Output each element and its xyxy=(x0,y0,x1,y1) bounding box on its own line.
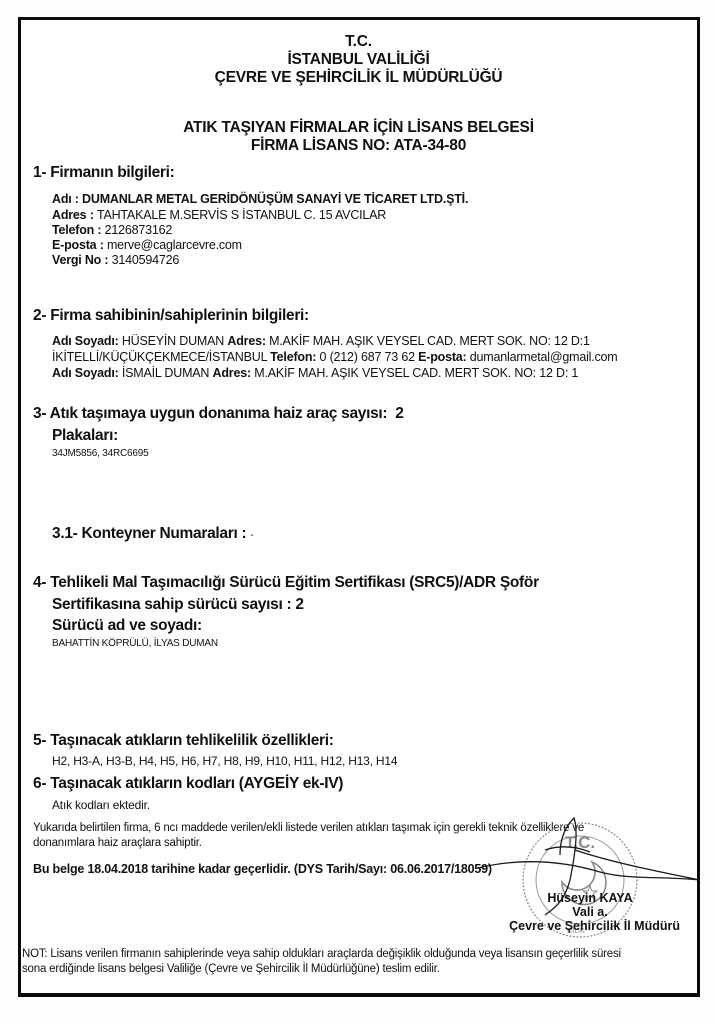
driver-count: Sertifikasına sahip sürücü sayısı : 2 xyxy=(52,596,304,614)
company-field-value: 2126873162 xyxy=(105,223,173,237)
section6-heading: 6- Taşınacak atıkların kodları (AYGEİY e… xyxy=(33,775,343,793)
company-field-row: E-posta : merve@caglarcevre.com xyxy=(52,238,242,252)
header-tc: T.C. xyxy=(0,33,717,51)
drivers-label: Sürücü ad ve soyadı: xyxy=(52,617,202,635)
note-line2: sona erdiğinde lisans belgesi Valiliğe (… xyxy=(22,963,440,975)
signatory-name: Hüseyin KAYA xyxy=(480,891,700,905)
owner2-name: İSMAİL DUMAN xyxy=(119,366,213,380)
note-line1: NOT: Lisans verilen firmanın sahiplerind… xyxy=(22,948,621,960)
drivers-value: BAHATTİN KÖPRÜLÜ, İLYAS DUMAN xyxy=(52,638,218,649)
owner1-address-label: Adres: xyxy=(227,334,265,348)
container-numbers-heading: 3.1- Konteyner Numaraları : xyxy=(52,525,246,542)
owner2-address-label: Adres: xyxy=(213,366,251,380)
signatory-office: Çevre ve Şehircilik İl Müdürü xyxy=(440,919,680,933)
header-directorate: ÇEVRE VE ŞEHİRCİLİK İL MÜDÜRLÜĞÜ xyxy=(0,69,717,87)
owner1-address: M.AKİF MAH. AŞIK VEYSEL CAD. MERT SOK. N… xyxy=(266,334,590,348)
company-field-label: Adres : xyxy=(52,208,97,222)
company-field-value: merve@caglarcevre.com xyxy=(107,238,242,252)
company-field-label: Vergi No : xyxy=(52,253,112,267)
section3-heading: 3- Atık taşımaya uygun donanıma haiz ara… xyxy=(33,405,387,422)
waste-codes-note: Atık kodları ektedir. xyxy=(52,798,150,812)
owner1-line2: İKİTELLİ/KÜÇÜKÇEKMECE/İSTANBUL Telefon: … xyxy=(52,350,618,364)
owner1-phone: 0 (212) 687 73 62 xyxy=(316,350,418,364)
section4-heading: 4- Tehlikeli Mal Taşımacılığı Sürücü Eği… xyxy=(33,574,539,592)
header-governorship: İSTANBUL VALİLİĞİ xyxy=(0,51,717,69)
owner1-email-label: E-posta: xyxy=(418,350,466,364)
section3-1-line: 3.1- Konteyner Numaraları : - xyxy=(52,525,253,543)
statement-line2: donanımlara haiz araçlara sahiptir. xyxy=(33,837,202,849)
document-title: ATIK TAŞIYAN FİRMALAR İÇİN LİSANS BELGES… xyxy=(0,119,717,137)
plates-value: 34JM5856, 34RC6695 xyxy=(52,448,148,459)
owner2-line: Adı Soyadı: İSMAİL DUMAN Adres: M.AKİF M… xyxy=(52,366,578,380)
owner1-phone-label: Telefon: xyxy=(270,350,316,364)
section2-heading: 2- Firma sahibinin/sahiplerinin bilgiler… xyxy=(33,307,309,325)
company-field-row: Adı : DUMANLAR METAL GERİDÖNÜŞÜM SANAYİ … xyxy=(52,192,468,206)
owner1-line1: Adı Soyadı: HÜSEYİN DUMAN Adres: M.AKİF … xyxy=(52,334,590,348)
company-field-label: Telefon : xyxy=(52,223,105,237)
company-field-value: TAHTAKALE M.SERVİS S İSTANBUL C. 15 AVCI… xyxy=(97,208,386,222)
section3-heading-line: 3- Atık taşımaya uygun donanıma haiz ara… xyxy=(33,405,404,423)
owner1-address-cont: İKİTELLİ/KÜÇÜKÇEKMECE/İSTANBUL xyxy=(52,350,270,364)
section1-heading: 1- Firmanın bilgileri: xyxy=(33,164,175,182)
owner2-name-label: Adı Soyadı: xyxy=(52,366,119,380)
container-numbers-value: - xyxy=(250,530,253,541)
owner1-name: HÜSEYİN DUMAN xyxy=(119,334,228,348)
owner2-address: M.AKİF MAH. AŞIK VEYSEL CAD. MERT SOK. N… xyxy=(251,366,578,380)
company-field-row: Adres : TAHTAKALE M.SERVİS S İSTANBUL C.… xyxy=(52,208,386,222)
statement-line1: Yukarıda belirtilen firma, 6 ncı maddede… xyxy=(33,822,584,834)
company-field-label: Adı : xyxy=(52,192,82,206)
company-field-label: E-posta : xyxy=(52,238,107,252)
validity-statement: Bu belge 18.04.2018 tarihine kadar geçer… xyxy=(33,862,492,876)
signatory-title: Vali a. xyxy=(480,905,700,919)
section5-heading: 5- Taşınacak atıkların tehlikelilik özel… xyxy=(33,732,334,750)
company-field-value: 3140594726 xyxy=(112,253,180,267)
company-field-row: Vergi No : 3140594726 xyxy=(52,253,179,267)
owner1-name-label: Adı Soyadı: xyxy=(52,334,119,348)
company-field-value: DUMANLAR METAL GERİDÖNÜŞÜM SANAYİ VE TİC… xyxy=(82,192,468,206)
owner1-email: dumanlarmetal@gmail.com xyxy=(467,350,618,364)
vehicle-count: 2 xyxy=(395,405,403,422)
plates-label: Plakaları: xyxy=(52,427,118,445)
license-number: FİRMA LİSANS NO: ATA-34-80 xyxy=(0,137,717,155)
company-field-row: Telefon : 2126873162 xyxy=(52,223,172,237)
hazard-properties: H2, H3-A, H3-B, H4, H5, H6, H7, H8, H9, … xyxy=(52,754,397,768)
